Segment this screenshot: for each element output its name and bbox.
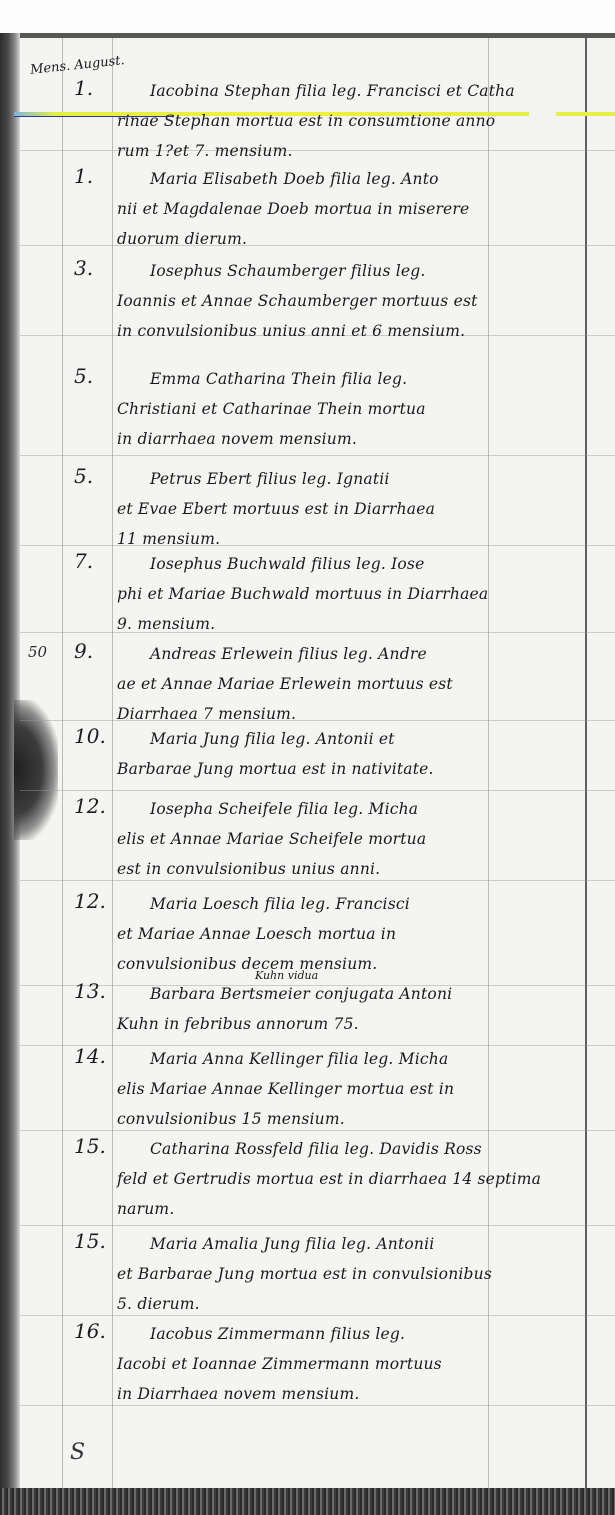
entry-text-line: et Evae Ebert mortuus est in Diarrhaea: [117, 500, 435, 518]
entry-text-line: rum 1?et 7. mensium.: [117, 142, 293, 160]
scan-top-margin: [0, 0, 615, 33]
entry-day: 5.: [74, 364, 93, 388]
entry-text-line: et Mariae Annae Loesch mortua in: [117, 925, 396, 943]
entry-text-line: convulsionibus decem mensium.: [117, 955, 377, 973]
entry-text-line: ae et Annae Mariae Erlewein mortuus est: [117, 675, 453, 693]
entry-text-line: Barbarae Jung mortua est in nativitate.: [117, 760, 434, 778]
entry-day: 14.: [74, 1044, 106, 1068]
entry-text-line: narum.: [117, 1200, 174, 1218]
entry-day: 7.: [74, 549, 93, 573]
entry-text-line: rinae Stephan mortua est in consumtione …: [117, 112, 495, 130]
entry-text-line: 5. dierum.: [117, 1295, 200, 1313]
entry-text-line: 9. mensium.: [117, 615, 215, 633]
entry-name-line: Maria Anna Kellinger filia leg. Micha: [150, 1050, 448, 1068]
entry-text-line: est in convulsionibus unius anni.: [117, 860, 380, 878]
scan-bottom-edge: [0, 1488, 615, 1515]
column-rule-day: [112, 38, 113, 1488]
entry-day: 12.: [74, 794, 106, 818]
entry-text-line: feld et Gertrudis mortua est in diarrhae…: [117, 1170, 541, 1188]
end-mark: S: [70, 1440, 85, 1465]
entry-text-line: duorum dierum.: [117, 230, 247, 248]
page-top-border: [0, 33, 615, 38]
margin-note: 50: [28, 643, 47, 661]
interlinear-correction: Kuhn vidua: [255, 969, 318, 982]
entry-day: 13.: [74, 979, 106, 1003]
column-rule-right: [585, 38, 587, 1488]
entry-name-line: Petrus Ebert filius leg. Ignatii: [150, 470, 390, 488]
entry-text-line: et Barbarae Jung mortua est in convulsio…: [117, 1265, 492, 1283]
entry-day: 12.: [74, 889, 106, 913]
entry-name-line: Maria Jung filia leg. Antonii et: [150, 730, 395, 748]
entry-name-line: Iosepha Scheifele filia leg. Micha: [150, 800, 418, 818]
entry-text-line: elis et Annae Mariae Scheifele mortua: [117, 830, 426, 848]
entry-text-line: Iacobi et Ioannae Zimmermann mortuus: [117, 1355, 442, 1373]
entry-name-line: Maria Elisabeth Doeb filia leg. Anto: [150, 170, 439, 188]
entry-name-line: Emma Catharina Thein filia leg.: [150, 370, 407, 388]
column-rule-margin: [62, 38, 63, 1488]
month-header: Mens. August.: [29, 53, 125, 78]
entry-day: 3.: [74, 256, 93, 280]
entry-day: 15.: [74, 1229, 106, 1253]
entry-text-line: Diarrhaea 7 mensium.: [117, 705, 296, 723]
entry-text-line: Ioannis et Annae Schaumberger mortuus es…: [117, 292, 478, 310]
entry-name-line: Iosephus Buchwald filius leg. Iose: [150, 555, 424, 573]
entry-day: 1.: [74, 164, 93, 188]
entry-text-line: in convulsionibus unius anni et 6 mensiu…: [117, 322, 465, 340]
entry-text-line: elis Mariae Annae Kellinger mortua est i…: [117, 1080, 454, 1098]
entry-text-line: Christiani et Catharinae Thein mortua: [117, 400, 426, 418]
entry-name-line: Iacobus Zimmermann filius leg.: [150, 1325, 405, 1343]
entry-text-line: 11 mensium.: [117, 530, 220, 548]
scanned-register-page: Mens. August. 1.Iacobina Stephan filia l…: [0, 0, 615, 1515]
entry-text-line: in diarrhaea novem mensium.: [117, 430, 357, 448]
entry-text-line: nii et Magdalenae Doeb mortua in miserer…: [117, 200, 469, 218]
binding-hole-shadow: [14, 700, 58, 840]
entry-text-line: convulsionibus 15 mensium.: [117, 1110, 345, 1128]
entry-name-line: Maria Loesch filia leg. Francisci: [150, 895, 410, 913]
entry-day: 5.: [74, 464, 93, 488]
entry-text-line: phi et Mariae Buchwald mortuus in Diarrh…: [117, 585, 488, 603]
entry-day: 9.: [74, 639, 93, 663]
entry-name-line: Catharina Rossfeld filia leg. Davidis Ro…: [150, 1140, 482, 1158]
entry-name-line: Maria Amalia Jung filia leg. Antonii: [150, 1235, 434, 1253]
entry-day: 16.: [74, 1319, 106, 1343]
yellow-highlight-stripe-right: [556, 112, 615, 116]
entry-day: 15.: [74, 1134, 106, 1158]
entry-name-line: Andreas Erlewein filius leg. Andre: [150, 645, 427, 663]
entry-text-line: in Diarrhaea novem mensium.: [117, 1385, 360, 1403]
entry-day: 1.: [74, 76, 93, 100]
entry-name-line: Iacobina Stephan filia leg. Francisci et…: [150, 82, 515, 100]
entry-text-line: Kuhn in febribus annorum 75.: [117, 1015, 359, 1033]
entry-name-line: Barbara Bertsmeier conjugata Antoni: [150, 985, 452, 1003]
entry-day: 10.: [74, 724, 106, 748]
entry-name-line: Iosephus Schaumberger filius leg.: [150, 262, 426, 280]
